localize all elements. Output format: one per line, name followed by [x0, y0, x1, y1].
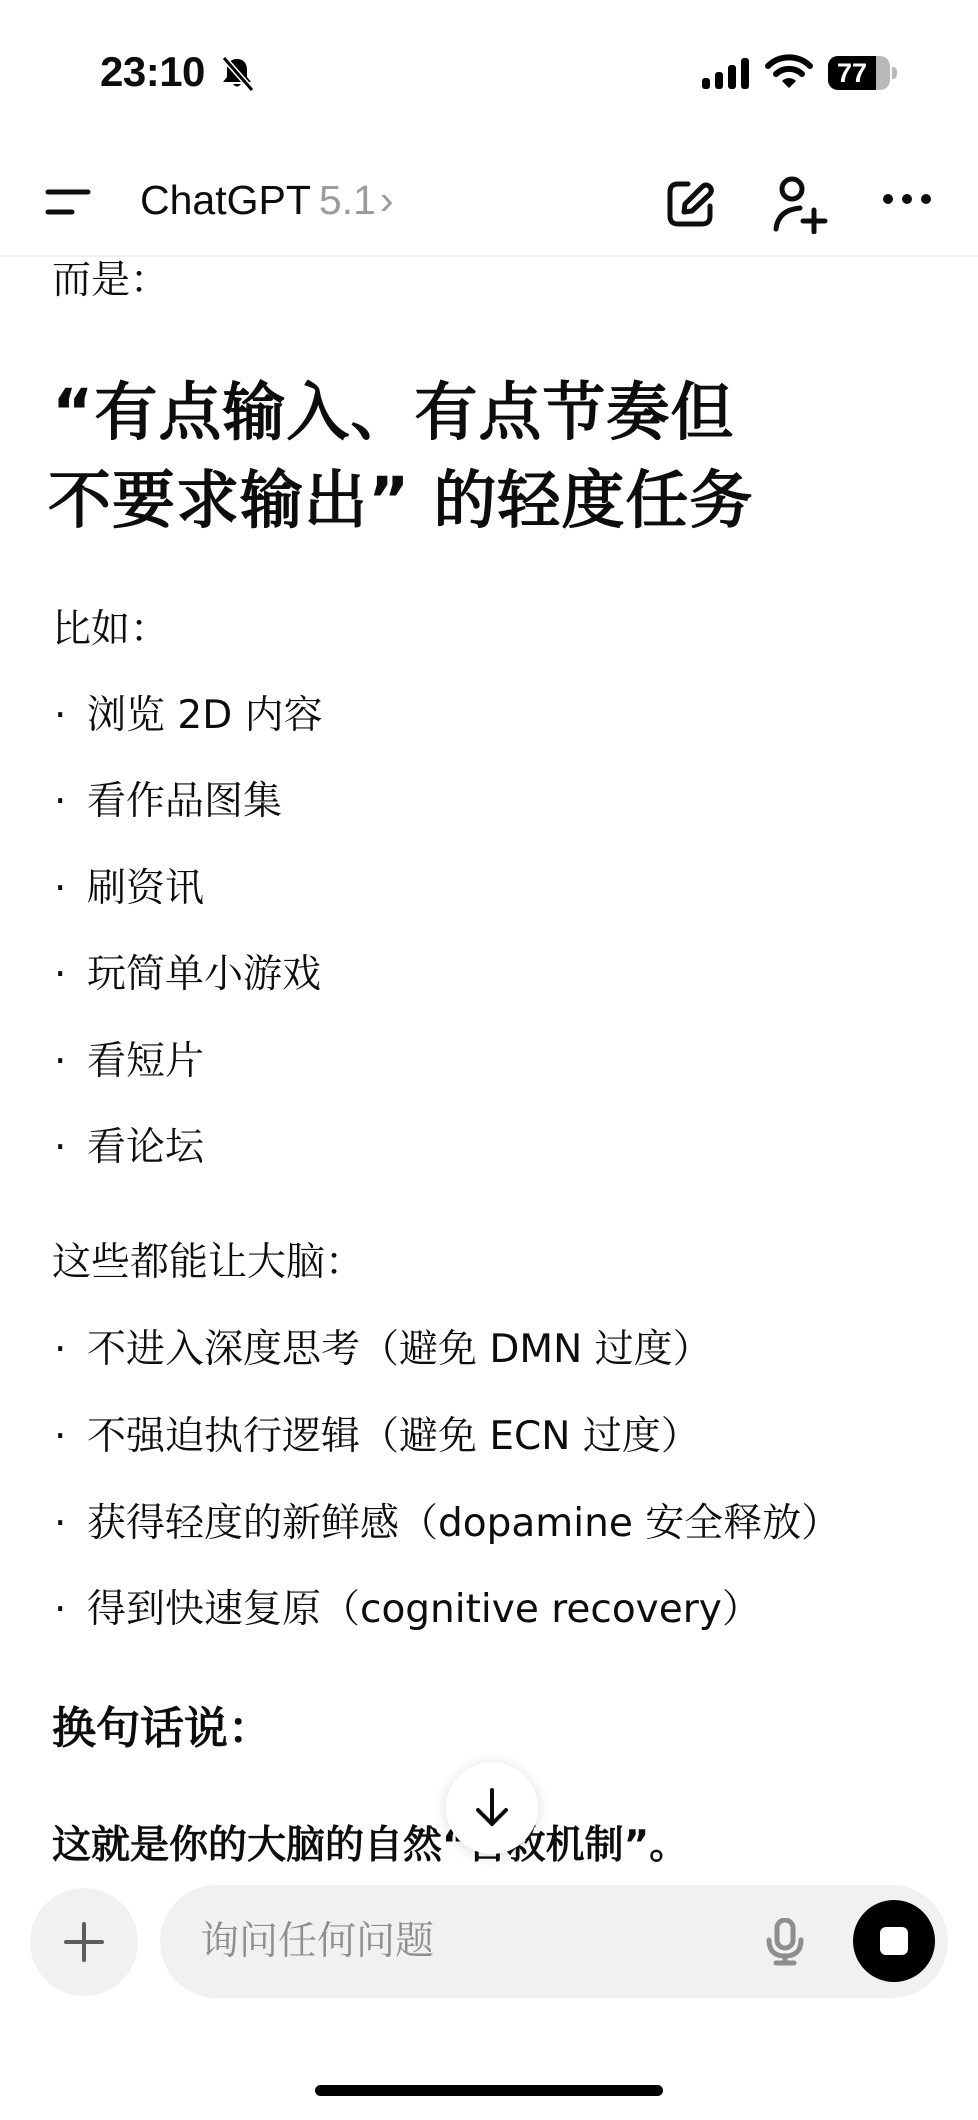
scroll-to-bottom-button[interactable]: [446, 1762, 538, 1854]
more-dots-icon: [880, 184, 934, 214]
stop-generating-button[interactable]: [853, 1900, 935, 1982]
cellular-signal-icon: [700, 56, 752, 90]
intro-text: 而是：: [52, 257, 169, 311]
heading-line-2: 不要求输出” 的轻度任务: [48, 457, 753, 545]
home-indicator[interactable]: [315, 2085, 663, 2096]
list-item: ·得到快速复原（cognitive recovery）: [52, 1580, 761, 1640]
heading-line-1: “有点输入、有点节奏但: [52, 369, 734, 457]
message-input-container: [160, 1885, 948, 1998]
new-chat-button[interactable]: [664, 178, 716, 230]
sidebar-menu-button[interactable]: [44, 184, 94, 218]
composer: [0, 1868, 978, 2120]
list-item: ·不强迫执行逻辑（避免 ECN 过度）: [52, 1407, 700, 1467]
model-selector[interactable]: ChatGPT5.1›: [140, 174, 394, 226]
more-options-button[interactable]: [880, 184, 934, 214]
list-item: ·看短片: [52, 1032, 204, 1092]
summary-heading: 换句话说：: [52, 1697, 272, 1761]
benefits-label: 这些都能让大脑：: [52, 1233, 364, 1293]
plus-icon: [64, 1922, 104, 1962]
list-item: ·获得轻度的新鲜感（dopamine 安全释放）: [52, 1494, 840, 1554]
examples-label: 比如：: [52, 600, 169, 660]
silent-bell-icon: [218, 54, 256, 92]
chat-header: ChatGPT5.1›: [0, 140, 978, 257]
list-item: ·看作品图集: [52, 772, 282, 832]
voice-input-button[interactable]: [760, 1915, 810, 1969]
list-item: ·看论坛: [52, 1118, 204, 1178]
chevron-right-icon: ›: [380, 174, 394, 226]
list-item: ·玩简单小游戏: [52, 945, 321, 1005]
add-user-icon: [770, 174, 830, 234]
assistant-message: 而是： “有点输入、有点节奏但 不要求输出” 的轻度任务 比如： ·浏览 2D …: [0, 257, 978, 1868]
add-people-button[interactable]: [770, 174, 830, 234]
wifi-icon: [765, 54, 813, 90]
battery-percent: 77: [828, 56, 876, 90]
message-input[interactable]: [200, 1913, 720, 1969]
arrow-down-icon: [472, 1786, 512, 1830]
attach-button[interactable]: [30, 1888, 138, 1996]
battery-indicator: 77: [828, 56, 898, 90]
app-name: ChatGPT: [140, 177, 311, 223]
status-time: 23:10: [100, 50, 205, 94]
summary-text: 这就是你的大脑的自然“自救机制”。: [52, 1816, 688, 1868]
list-item: ·刷资讯: [52, 859, 204, 919]
edit-icon: [664, 178, 716, 230]
stop-icon: [880, 1927, 908, 1955]
list-item: ·浏览 2D 内容: [52, 686, 323, 746]
list-item: ·不进入深度思考（避免 DMN 过度）: [52, 1320, 712, 1380]
model-version: 5.1: [319, 177, 376, 223]
microphone-icon: [765, 1918, 805, 1966]
